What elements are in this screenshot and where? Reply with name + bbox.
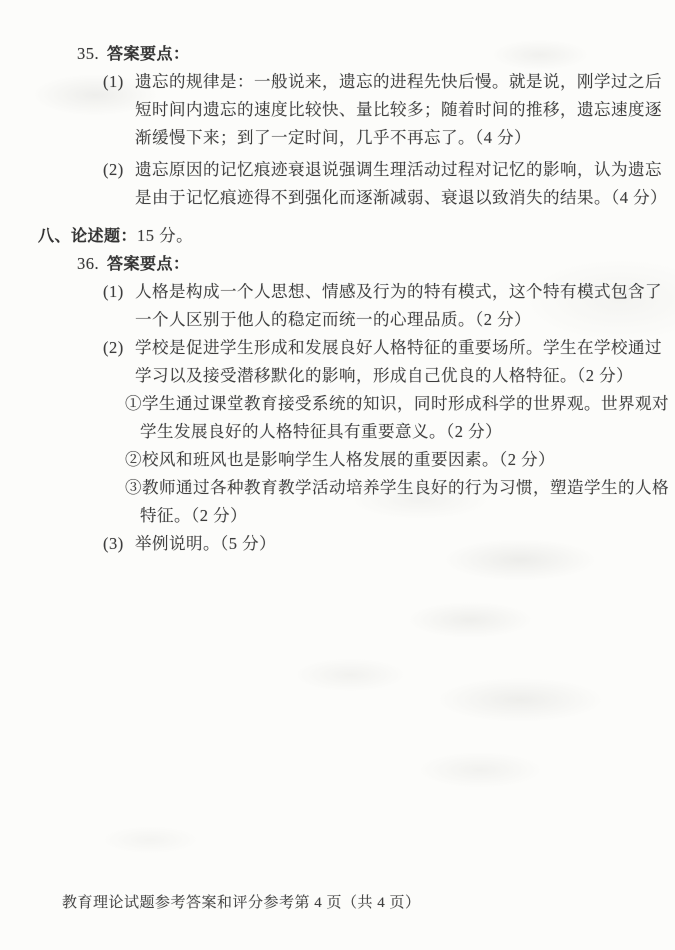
answer-line: 一个人区别于他人的稳定而统一的心理品质。（2 分） xyxy=(0,306,675,334)
q36-subpoint-3: ③教师通过各种教育教学活动培养学生良好的行为习惯，塑造学生的人格 特征。（2 分… xyxy=(0,474,675,530)
question-35-title: 答案要点： xyxy=(107,44,190,63)
answer-line: (1)遗忘的规律是：一般说来，遗忘的进程先快后慢。就是说，刚学过之后 xyxy=(0,68,675,96)
question-36-number: 36. xyxy=(77,250,107,278)
section-8-title: 论述题： xyxy=(71,226,137,245)
answer-text: 学校是促进学生形成和发展良好人格特征的重要场所。学生在学校通过 xyxy=(135,338,662,357)
point-label: (1) xyxy=(103,278,135,306)
answer-text: 遗忘的规律是：一般说来，遗忘的进程先快后慢。就是说，刚学过之后 xyxy=(135,72,662,91)
point-label: (2) xyxy=(103,334,135,362)
answer-line: (1)人格是构成一个人思想、情感及行为的特有模式，这个特有模式包含了 xyxy=(0,278,675,306)
q36-subpoint-2: ②校风和班风也是影响学生人格发展的重要因素。（2 分） xyxy=(0,446,675,474)
section-8-score: 15 分。 xyxy=(137,226,193,245)
q35-point-2: (2)遗忘原因的记忆痕迹衰退说强调生理活动过程对记忆的影响，认为遗忘 是由于记忆… xyxy=(0,156,675,212)
answer-line: 短时间内遗忘的速度比较快、量比较多；随着时间的推移，遗忘速度逐 xyxy=(0,96,675,124)
answer-line: ②校风和班风也是影响学生人格发展的重要因素。（2 分） xyxy=(0,446,675,474)
answer-line: 渐缓慢下来；到了一定时间，几乎不再忘了。（4 分） xyxy=(0,124,675,152)
section-8-label: 八、 xyxy=(38,226,71,245)
answer-line: (3)举例说明。（5 分） xyxy=(0,530,675,558)
answer-line: 学习以及接受潜移默化的影响，形成自己优良的人格特征。（2 分） xyxy=(0,362,675,390)
document-content: 35.答案要点： (1)遗忘的规律是：一般说来，遗忘的进程先快后慢。就是说，刚学… xyxy=(0,0,675,950)
question-36-heading: 36.答案要点： xyxy=(0,250,675,278)
q36-point-2: (2)学校是促进学生形成和发展良好人格特征的重要场所。学生在学校通过 学习以及接… xyxy=(0,334,675,390)
answer-line: (2)遗忘原因的记忆痕迹衰退说强调生理活动过程对记忆的影响，认为遗忘 xyxy=(0,156,675,184)
q36-point-3: (3)举例说明。（5 分） xyxy=(0,530,675,558)
answer-line: (2)学校是促进学生形成和发展良好人格特征的重要场所。学生在学校通过 xyxy=(0,334,675,362)
answer-line: 特征。（2 分） xyxy=(0,502,675,530)
point-label: (2) xyxy=(103,156,135,184)
answer-line: ①学生通过课堂教育接受系统的知识，同时形成科学的世界观。世界观对 xyxy=(0,390,675,418)
q36-subpoint-1: ①学生通过课堂教育接受系统的知识，同时形成科学的世界观。世界观对 学生发展良好的… xyxy=(0,390,675,446)
answer-line: 是由于记忆痕迹得不到强化而逐渐减弱、衰退以致消失的结果。（4 分） xyxy=(0,184,675,212)
point-label: (3) xyxy=(103,530,135,558)
point-label: (1) xyxy=(103,68,135,96)
answer-text: 人格是构成一个人思想、情感及行为的特有模式，这个特有模式包含了 xyxy=(135,282,662,301)
answer-line: ③教师通过各种教育教学活动培养学生良好的行为习惯，塑造学生的人格 xyxy=(0,474,675,502)
answer-line: 学生发展良好的人格特征具有重要意义。（2 分） xyxy=(0,418,675,446)
scanned-answer-sheet-page: 35.答案要点： (1)遗忘的规律是：一般说来，遗忘的进程先快后慢。就是说，刚学… xyxy=(0,0,675,950)
q35-point-1: (1)遗忘的规律是：一般说来，遗忘的进程先快后慢。就是说，刚学过之后 短时间内遗… xyxy=(0,68,675,152)
question-36-title: 答案要点： xyxy=(107,254,190,273)
section-8-heading: 八、论述题：15 分。 xyxy=(0,222,675,250)
question-35-heading: 35.答案要点： xyxy=(0,40,675,68)
answer-text: 遗忘原因的记忆痕迹衰退说强调生理活动过程对记忆的影响，认为遗忘 xyxy=(135,160,662,179)
question-35-number: 35. xyxy=(77,40,107,68)
page-footer: 教育理论试题参考答案和评分参考第 4 页（共 4 页） xyxy=(62,892,421,914)
q36-point-1: (1)人格是构成一个人思想、情感及行为的特有模式，这个特有模式包含了 一个人区别… xyxy=(0,278,675,334)
answer-text: 举例说明。（5 分） xyxy=(135,534,276,553)
